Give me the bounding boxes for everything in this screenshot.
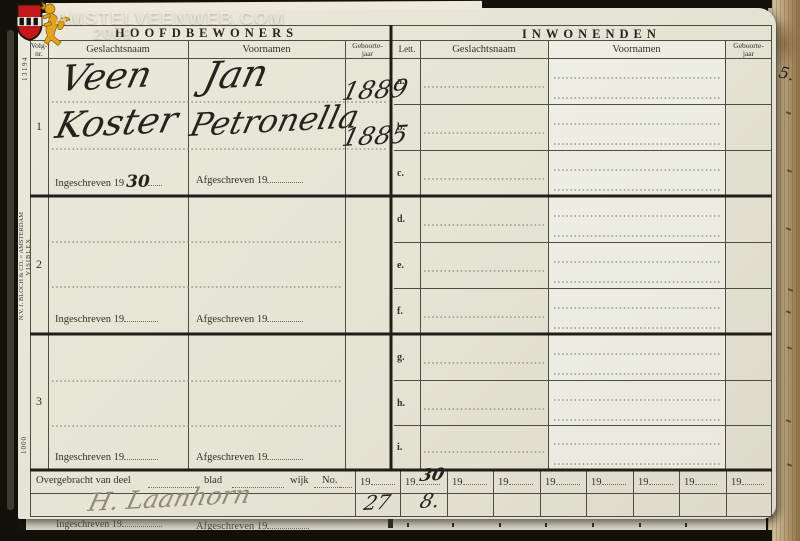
letter-label: i.	[397, 442, 402, 453]
day-written-entry: 27	[362, 492, 392, 513]
book-page-edges	[7, 30, 14, 510]
label-text: Afgeschreven 19	[196, 175, 267, 186]
col-header-text: jaar	[743, 49, 754, 58]
transfer-label: Overgebracht van deel	[36, 475, 131, 486]
dotted-leader	[649, 475, 673, 485]
year-prefix: 19	[731, 477, 742, 488]
year-prefix: 19	[498, 477, 509, 488]
dotted-leader	[556, 475, 580, 485]
col-header-geboortejaar-left: Geboorte-jaar	[345, 42, 390, 58]
dotted-leader	[124, 450, 158, 460]
dotted-leader	[267, 173, 303, 183]
label-text: Afgeschreven 19	[196, 452, 267, 463]
year-prefix: 19	[360, 477, 371, 488]
row-number: 1	[30, 119, 48, 134]
col-header-voornamen-right: Voornamen	[548, 44, 725, 55]
letter-label: g.	[397, 352, 405, 363]
year-cell: 19	[360, 475, 395, 488]
year-prefix: 19	[684, 477, 695, 488]
printer-imprint: N.V. J. BLOCH & CO. = AMSTERDAM	[18, 212, 25, 320]
watermark-site: AMSTELVEENWEB.COM	[55, 8, 285, 29]
printer-name: VISIBLEX	[25, 238, 32, 276]
letter-label: d.	[397, 214, 405, 225]
givenname-entry: Petronella	[187, 100, 362, 141]
row-number: 3	[30, 394, 48, 409]
dotted-leader	[602, 475, 626, 485]
letter-label: a.	[397, 76, 405, 87]
year-prefix: 19	[452, 477, 463, 488]
year-cell: 19	[684, 475, 717, 488]
dotted-leader	[695, 475, 717, 485]
year-cell: 19	[638, 475, 673, 488]
photo-border-bottom	[0, 530, 772, 541]
ingeschreven-year-entry: 30	[126, 172, 150, 192]
section-title-inwonenden: INWONENDEN	[522, 27, 661, 42]
card-serial-number: 13194	[21, 56, 29, 81]
year-prefix: 19	[405, 477, 416, 488]
surname-entry: Veen	[57, 57, 155, 98]
year-cell: 19	[731, 475, 764, 488]
dotted-leader	[267, 312, 303, 322]
year-prefix: 19	[591, 477, 602, 488]
row-number: 2	[30, 257, 48, 272]
year-cell: 19	[498, 475, 533, 488]
label-text: Afgeschreven 19	[196, 314, 267, 325]
year-written-entry: 30	[418, 467, 446, 485]
ingeschreven-label: Ingeschreven 1930	[55, 173, 162, 190]
dotted-leader	[463, 475, 487, 485]
surname-entry: Koster	[52, 103, 181, 145]
letter-label: e.	[397, 260, 404, 271]
ingeschreven-label: Ingeschreven 19	[55, 312, 158, 325]
afgeschreven-label: Afgeschreven 19	[196, 173, 303, 186]
col-header-text: nr.	[35, 49, 43, 58]
label-text: Ingeschreven 19	[55, 314, 124, 325]
col-header-geslachtsnaam-right: Geslachtsnaam	[420, 44, 548, 55]
ingeschreven-label: Ingeschreven 19	[55, 450, 158, 463]
letter-label: b.	[397, 122, 405, 133]
letter-label: h.	[397, 398, 405, 409]
dotted-leader	[267, 450, 303, 460]
year-cell: 19	[591, 475, 626, 488]
year-cell: 19	[452, 475, 487, 488]
watermark-year: 2009	[93, 26, 133, 44]
letter-label: c.	[397, 168, 404, 179]
col-header-geboortejaar-right: Geboorte-jaar	[725, 42, 772, 58]
givenname-entry: Jan	[200, 54, 272, 95]
letter-label: f.	[397, 306, 403, 317]
label-text: Ingeschreven 19	[55, 452, 124, 463]
form-number: 1000	[20, 436, 28, 454]
year-prefix: 19	[545, 477, 556, 488]
afgeschreven-label: Afgeschreven 19	[196, 312, 303, 325]
dotted-leader	[124, 312, 158, 322]
scanned-register-card-photo: 5. Ingeschreven 19 Afgeschreven 19	[0, 0, 800, 541]
coat-of-arms-icon	[16, 3, 43, 41]
dotted-leader	[340, 478, 352, 488]
dotted-leader	[742, 475, 764, 485]
label-text: Ingeschreven 19	[55, 178, 124, 189]
col-header-text: jaar	[362, 49, 373, 58]
afgeschreven-label: Afgeschreven 19	[196, 450, 303, 463]
dotted-leader	[509, 475, 533, 485]
no-label: No.	[322, 475, 337, 486]
year-cell: 19	[545, 475, 580, 488]
dotted-leader	[371, 475, 395, 485]
wijk-label: wijk	[290, 475, 309, 486]
year-prefix: 19	[638, 477, 649, 488]
col-header-lett: Lett.	[394, 44, 420, 54]
